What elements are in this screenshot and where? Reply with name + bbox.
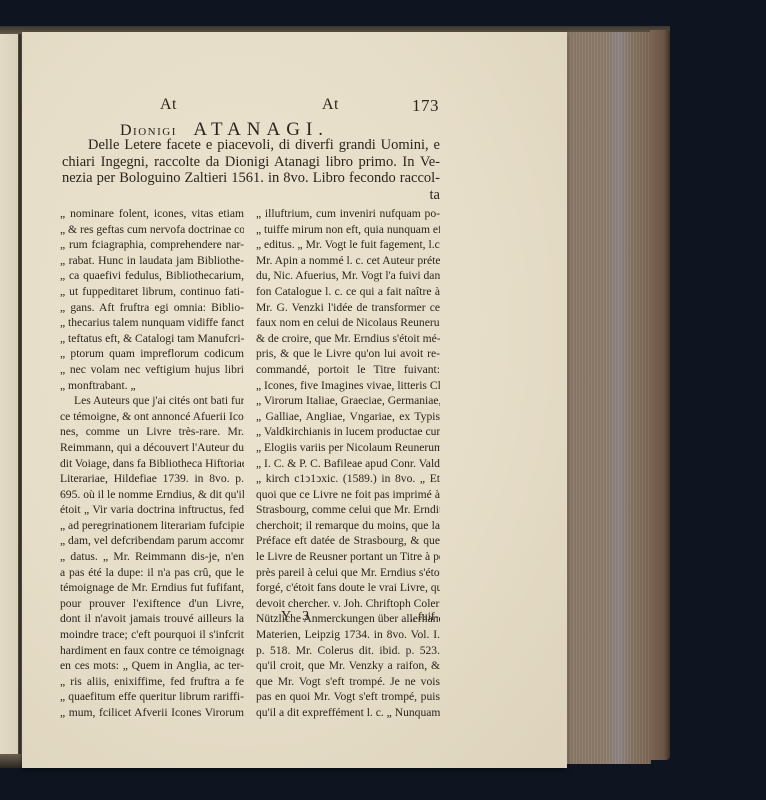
text-line: „ tuiffe mirum non eft, quia nunquam eft <box>256 222 440 238</box>
cover-board-edge <box>650 30 670 760</box>
text-line: „ & res geftas cum nervofa doctrinae co- <box>60 222 244 238</box>
intro-line: Delle Letere facete e piacevoli, di dive… <box>62 137 440 154</box>
text-line: „ Valdkirchianis in lucem productae cum <box>256 424 440 440</box>
text-line: „ datus. „ Mr. Reimmann dis-je, n'en <box>60 549 244 565</box>
text-line: „ editus. „ Mr. Vogt le fuit fagement, l… <box>256 237 440 253</box>
text-line: „ gans. Aft fruftra egi omnia: Biblio- <box>60 300 244 316</box>
text-line: cherchoit; il remarque du moins, que la <box>256 518 440 534</box>
text-line: forgé, c'étoit fans doute le vrai Livre,… <box>256 580 440 596</box>
text-line: „ rabat. Hunc in laudata jam Bibliothe- <box>60 253 244 269</box>
signature-mark: Y 3 <box>281 609 313 625</box>
text-line: 695. où il le nomme Erndius, & dit qu'il <box>60 487 244 503</box>
text-line: „ mum, fcilicet Afverii Icones Virorum <box>60 705 244 721</box>
text-line: Les Auteurs que j'ai cités ont bati fur <box>60 393 244 409</box>
text-line: & de croire, que Mr. Erndius s'étoit mé- <box>256 331 440 347</box>
text-line: Materien, Leipzig 1734. in 8vo. Vol. I. <box>256 627 440 643</box>
text-line: „ I. C. & P. C. Bafileae apud Conr. Vald… <box>256 456 440 472</box>
running-head-center: At <box>322 96 339 114</box>
text-line: „ ut fuppeditaret librum, continuo fati- <box>60 284 244 300</box>
text-line: „ ris aliis, enixiffime, fed fruftra a f… <box>60 674 244 690</box>
text-line: „ teftatus eft, & Catalogi tam Manufcri- <box>60 331 244 347</box>
text-line: a pas été la dupe: il n'a pas crû, que l… <box>60 565 244 581</box>
book-scan: At At 173 Dionigi ATANAGI. Delle Letere … <box>0 0 766 800</box>
intro-line: ta <box>62 187 440 204</box>
text-line: le Livre de Reusner portant un Titre à p… <box>256 549 440 565</box>
text-line: Reimmann, qui a découvert l'Auteur du <box>60 440 244 456</box>
entry-intro: Delle Letere facete e piacevoli, di dive… <box>62 137 440 203</box>
text-line: „ ad peregrinationem literariam fufcipie… <box>60 518 244 534</box>
text-line: nes, comme un Livre très-rare. Mr. <box>60 424 244 440</box>
text-line: commandé, portoit le Titre fuivant: <box>256 362 440 378</box>
text-line: „ nec volam nec veftigium hujus libri <box>60 362 244 378</box>
text-line: hardiment en faux contre ce témoignage, <box>60 643 244 659</box>
text-line: „ dam, vel defcribendam parum accommo- <box>60 533 244 549</box>
text-line: „ ptorum quam impreflorum codicum <box>60 346 244 362</box>
text-line: Strasbourg, comme celui que Mr. Erndius <box>256 502 440 518</box>
page-fore-edge <box>566 32 651 764</box>
text-line: témoignage de Mr. Erndius fut fufifant, <box>60 580 244 596</box>
text-line: étoit „ Vir varia doctrina inftructus, f… <box>60 502 244 518</box>
text-line: moindre trace; c'eft pourquoi il s'infcr… <box>60 627 244 643</box>
text-line: dont il n'avoit jamais trouvé ailleurs l… <box>60 611 244 627</box>
text-line: „ monftrabant. „ <box>60 378 244 394</box>
text-line: „ Virorum Italiae, Graeciae, Germaniae, <box>256 393 440 409</box>
text-line: dit Voiage, dans fa Bibliotheca Hiftoria… <box>60 456 244 472</box>
text-line: „ kirch c1ↄ1ↄxic. (1589.) in 8vo. „ Et <box>256 471 440 487</box>
text-line: qu'il a dit expreffément l. c. „ Nunquam <box>256 705 440 721</box>
text-line: fon Catalogue l. c. ce qui a fait naître… <box>256 284 440 300</box>
text-line: „ rum fciagraphia, comprehendere nar- <box>60 237 244 253</box>
right-column: „ illuftrium, cum inveniri nufquam po- „… <box>256 206 440 721</box>
text-line: „ Elogiis variis per Nicolaum Reunerum <box>256 440 440 456</box>
text-line: „ illuftrium, cum inveniri nufquam po- <box>256 206 440 222</box>
text-line: „ quaefitum effe queritur librum rariffi… <box>60 689 244 705</box>
intro-line: chiari Ingegni, raccolte da Dionigi Atan… <box>62 154 440 171</box>
text-line: pour prouver l'exiftence d'un Livre, <box>60 596 244 612</box>
text-line: „ thecarius talem nunquam vidiffe fancte <box>60 315 244 331</box>
page-number: 173 <box>412 96 439 116</box>
text-line: près pareil à celui que Mr. Erndius s'ét… <box>256 565 440 581</box>
intro-line: nezia per Bologuino Zaltieri 1561. in 8v… <box>62 170 440 187</box>
text-line: „ ca quaefivi fedulus, Bibliothecarium, <box>60 268 244 284</box>
running-head-left: At <box>160 96 177 114</box>
text-line: Mr. G. Venzki l'idée de transformer ce <box>256 300 440 316</box>
catchword: „ fuif- <box>410 610 439 623</box>
text-line: „ Galliae, Angliae, Vngariae, ex Typis <box>256 409 440 425</box>
text-line: du, Nic. Afuerius, Mr. Vogt l'a fuivi da… <box>256 268 440 284</box>
text-line: que Mr. Vogt s'eft trompé. Je ne vois <box>256 674 440 690</box>
left-column: „ nominare folent, icones, vitas etiam „… <box>60 206 244 721</box>
text-line: p. 518. Mr. Colerus dit. ibid. p. 523. <box>256 643 440 659</box>
text-line: en ces mots: „ Quem in Anglia, ac ter- <box>60 658 244 674</box>
text-line: „ nominare folent, icones, vitas etiam <box>60 206 244 222</box>
text-line: quoi que ce Livre ne foit pas imprimé à <box>256 487 440 503</box>
text-line: qu'il croit, que Mr. Venzky a raifon, & <box>256 658 440 674</box>
facing-page-sliver <box>0 34 20 754</box>
text-line: pris, & que le Livre qu'on lui avoit re- <box>256 346 440 362</box>
text-line: ce témoigne, & ont annoncé Afuerii Ico- <box>60 409 244 425</box>
text-line: Mr. Apin a nommé l. c. cet Auteur préten… <box>256 253 440 269</box>
text-line: pas en quoi Mr. Vogt s'eft trompé, puis <box>256 689 440 705</box>
text-line: „ Icones, five Imagines vivae, litteris … <box>256 378 440 394</box>
text-line: Préface eft datée de Strasbourg, & que <box>256 533 440 549</box>
text-line: Literariae, Hildefiae 1739. in 8vo. p. <box>60 471 244 487</box>
text-line: faux nom en celui de Nicolaus Reunerus, <box>256 315 440 331</box>
